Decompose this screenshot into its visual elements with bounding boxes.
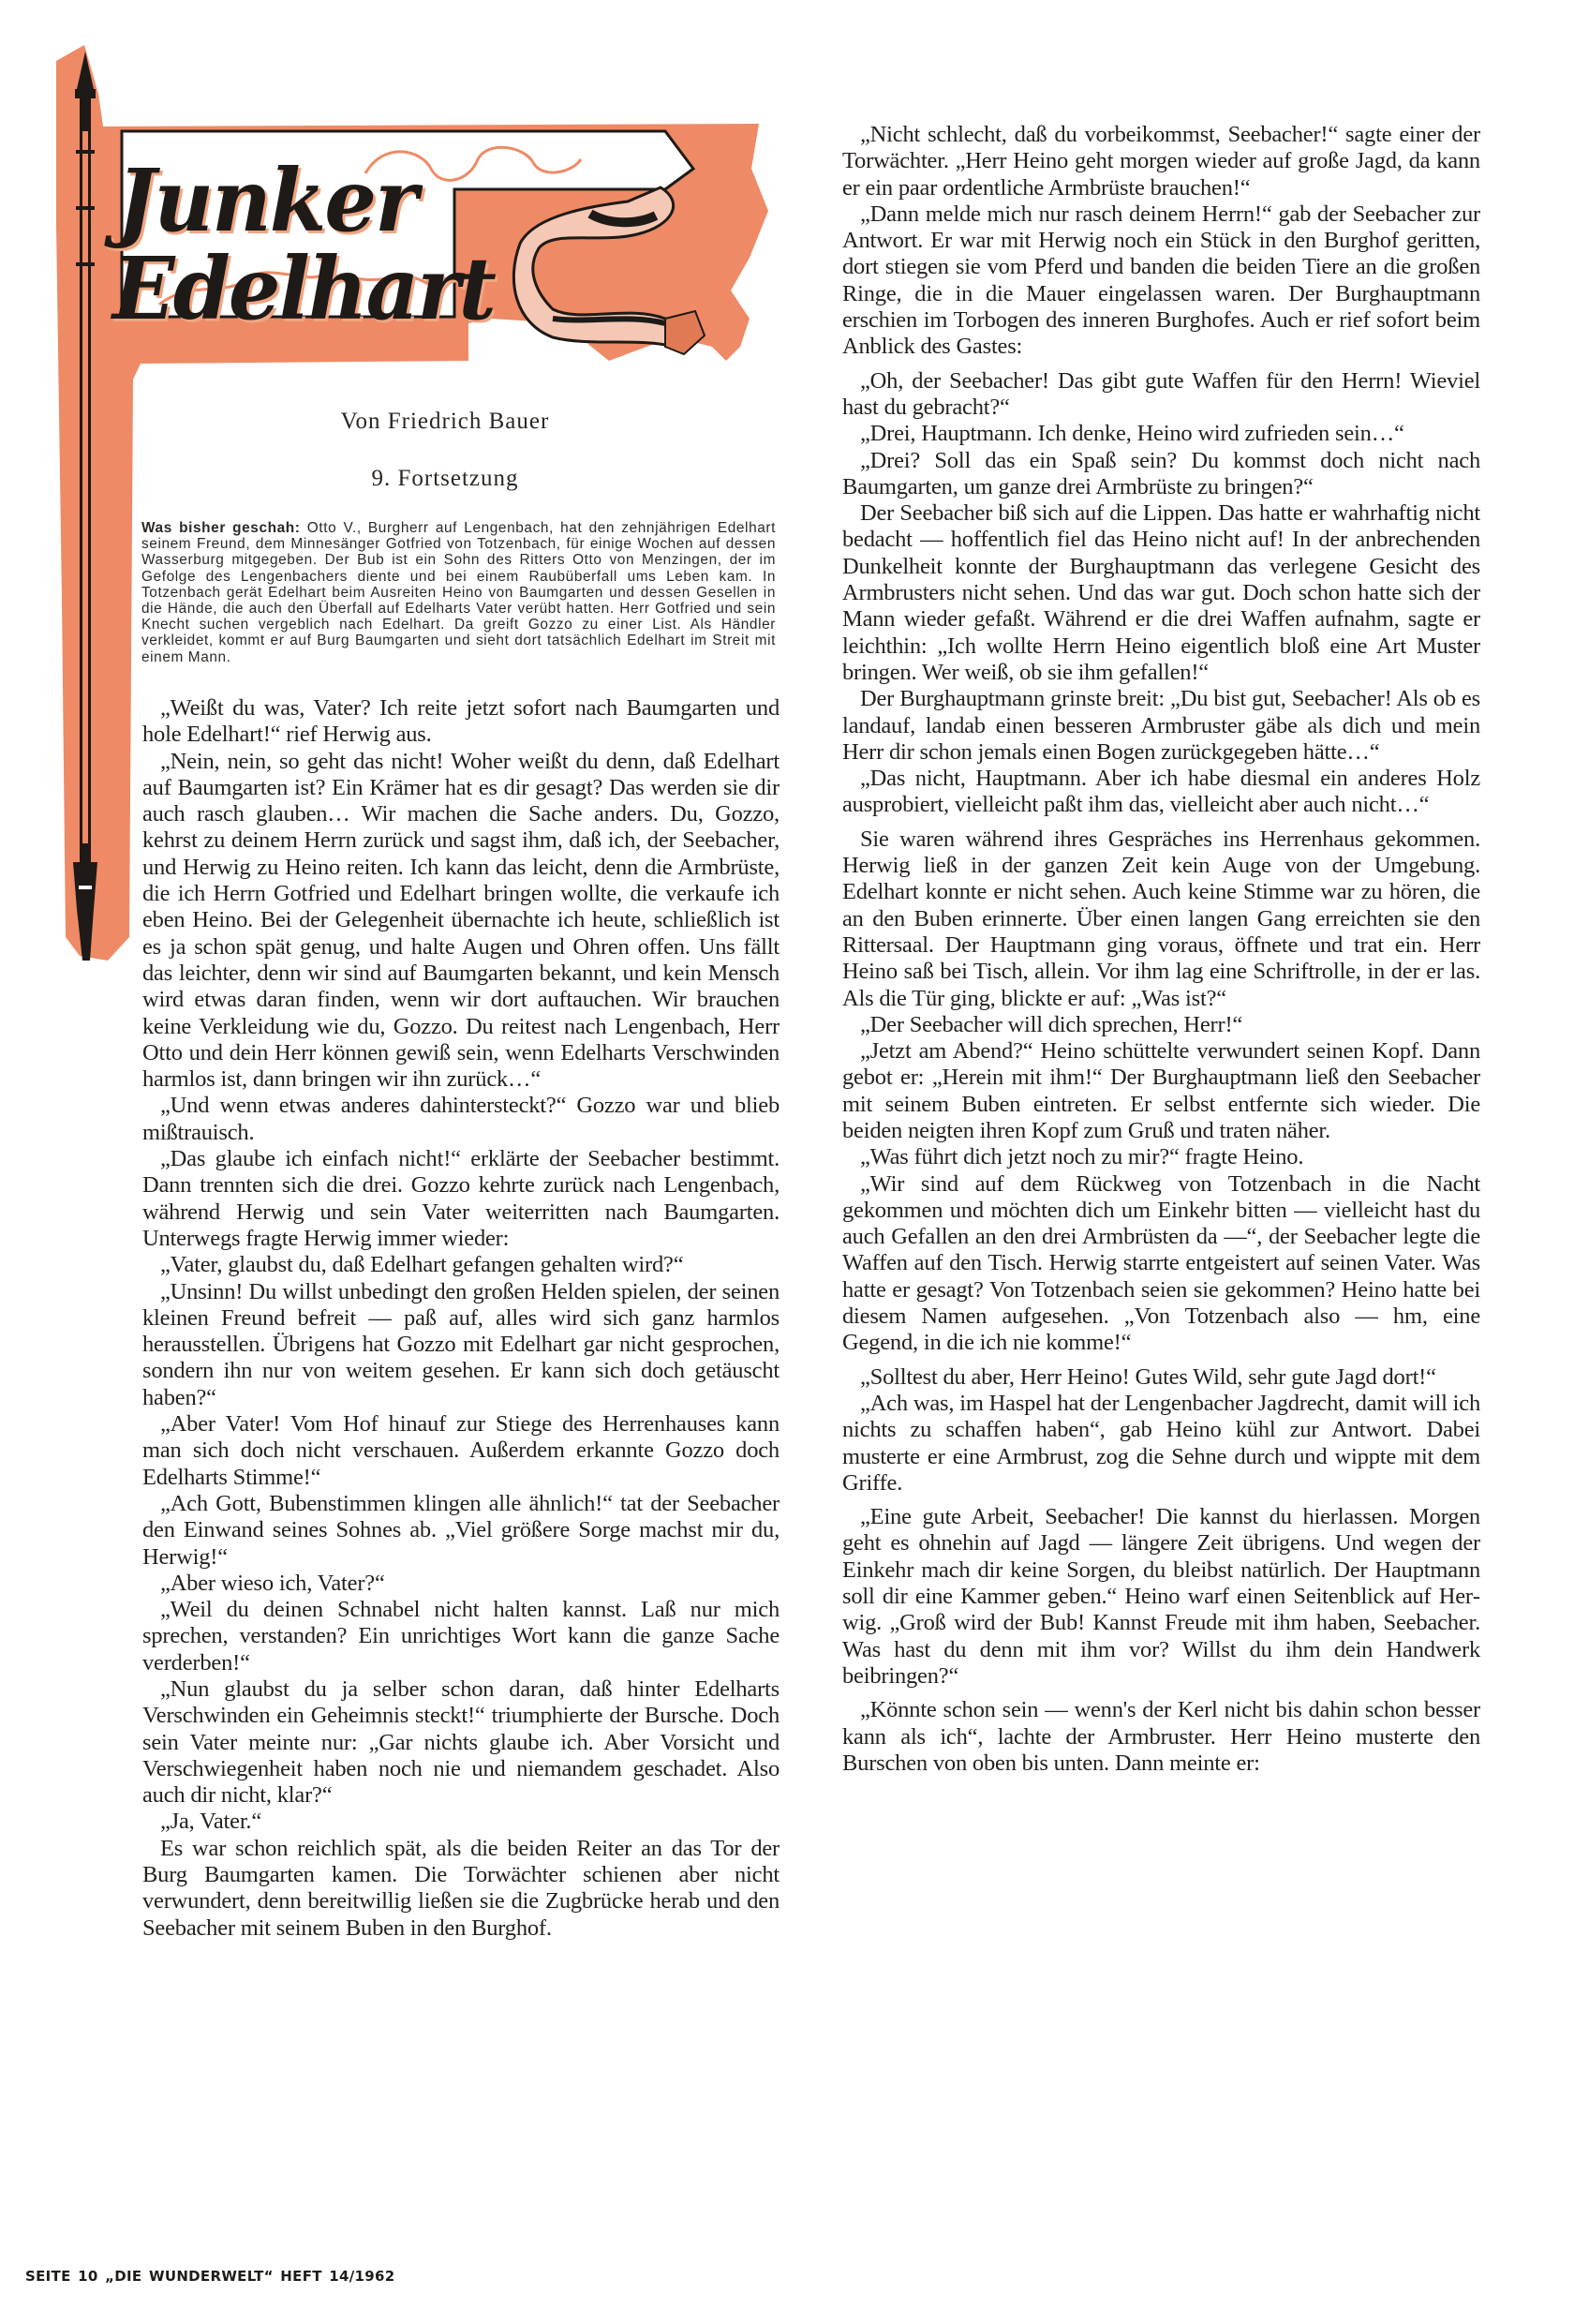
paragraph: Der Seebacher biß sich auf die Lippen. D…	[842, 500, 1480, 686]
paragraph: „Wir sind auf dem Rückweg von Totzenbach…	[842, 1171, 1480, 1357]
story-summary: Was bisher geschah: Otto V., Burgherr au…	[141, 520, 776, 665]
paragraph: „Nicht schlecht, daß du vorbeikommst, Se…	[842, 122, 1480, 201]
paragraph: „Oh, der Seebacher! Das gibt gute Waffen…	[842, 368, 1480, 422]
paragraph: Sie waren während ihres Gespräches ins H…	[842, 827, 1480, 1012]
paragraph: „Aber Vater! Vom Hof hinauf zur Stiege d…	[142, 1411, 780, 1491]
paragraph: „Ach was, im Haspel hat der Lengenbacher…	[842, 1391, 1480, 1497]
paragraph: „Drei, Hauptmann. Ich denke, Heino wird …	[842, 421, 1480, 447]
author-byline: Von Friedrich Bauer	[37, 409, 853, 435]
paragraph: Es war schon reichlich spät, als die bei…	[142, 1836, 780, 1942]
paragraph: „Unsinn! Du willst unbedingt den großen …	[142, 1279, 780, 1411]
paragraph: „Nein, nein, so geht das nicht! Woher we…	[142, 749, 780, 1094]
paragraph: „Vater, glaubst du, daß Edelhart gefange…	[142, 1252, 780, 1278]
paragraph: „Dann melde mich nur rasch deinem Herrn!…	[842, 201, 1480, 361]
paragraph: „Weißt du was, Vater? Ich reite jetzt so…	[142, 695, 780, 749]
title-line-edelhart: Edelhart	[112, 246, 495, 332]
paragraph: „Das glaube ich einfach nicht!“ erklärte…	[142, 1146, 780, 1252]
page-footer: SEITE 10 „DIE WUNDERWELT“ HEFT 14/1962	[25, 2268, 395, 2285]
paragraph: Der Burghauptmann grinste breit: „Du bis…	[842, 686, 1480, 766]
magazine-page: Junker Edelhart Von Friedrich Bauer 9. F…	[0, 0, 1589, 2324]
paragraph: „Das nicht, Hauptmann. Aber ich habe die…	[842, 766, 1480, 819]
paragraph: „Weil du deinen Schnabel nicht halten ka…	[142, 1597, 780, 1676]
paragraph: „Und wenn etwas anderes dahintersteckt?“…	[142, 1093, 780, 1146]
installment-label: 9. Fortsetzung	[37, 466, 853, 492]
paragraph: „Könnte schon sein — wenn's der Kerl nic…	[842, 1697, 1480, 1777]
summary-label: Was bisher geschah:	[141, 520, 301, 536]
right-column: „Nicht schlecht, daß du vorbeikommst, Se…	[842, 122, 1480, 1777]
left-column: „Weißt du was, Vater? Ich reite jetzt so…	[142, 695, 780, 1942]
paragraph: „Drei? Soll das ein Spaß sein? Du kommst…	[842, 448, 1480, 501]
paragraph: „Solltest du aber, Herr Heino! Gutes Wil…	[842, 1364, 1480, 1391]
title-line-junker: Junker	[117, 157, 416, 244]
paragraph: „Ja, Vater.“	[142, 1809, 780, 1835]
summary-text: Otto V., Burgherr auf Lengenbach, hat de…	[141, 520, 776, 665]
paragraph: „Jetzt am Abend?“ Heino schüttelte verwu…	[842, 1038, 1480, 1144]
paragraph: „Was führt dich jetzt noch zu mir?“ frag…	[842, 1144, 1480, 1170]
paragraph: „Der Seebacher will dich sprechen, Herr!…	[842, 1012, 1480, 1038]
paragraph: „Ach Gott, Bubenstimmen klingen alle ähn…	[142, 1491, 780, 1571]
paragraph: „Aber wieso ich, Vater?“	[142, 1571, 780, 1597]
paragraph: „Nun glaubst du ja selber schon daran, d…	[142, 1676, 780, 1809]
paragraph: „Eine gute Arbeit, Seebacher! Die kannst…	[842, 1504, 1480, 1690]
